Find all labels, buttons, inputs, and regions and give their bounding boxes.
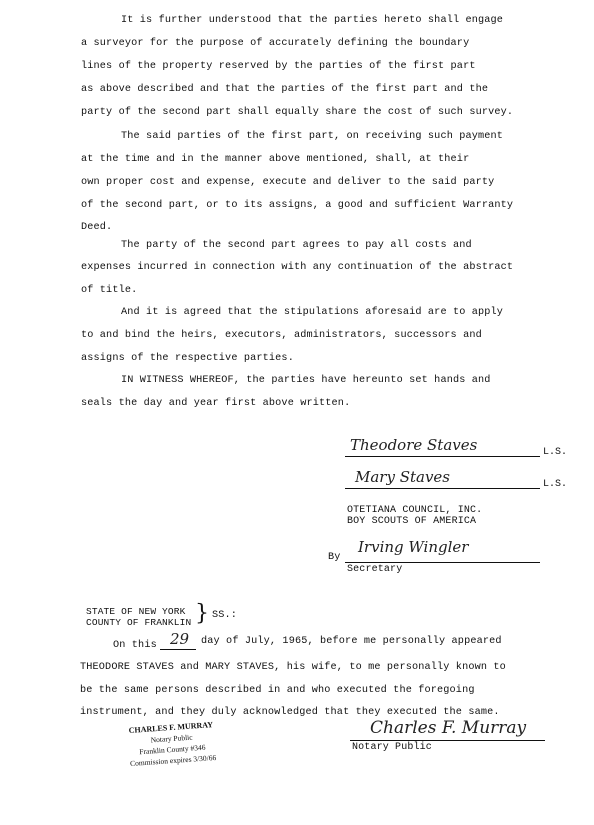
- body-line: to and bind the heirs, executors, admini…: [81, 330, 482, 341]
- ls-label: L.S.: [543, 447, 567, 458]
- body-line: IN WITNESS WHEREOF, the parties have her…: [121, 375, 491, 386]
- venue-county: COUNTY OF FRANKLIN: [86, 617, 191, 628]
- body-line: own proper cost and expense, execute and…: [81, 177, 494, 188]
- secretary-label: Secretary: [347, 564, 402, 575]
- body-line: at the time and in the manner above ment…: [81, 154, 469, 165]
- org-name-line-1: OTETIANA COUNCIL, INC.: [347, 505, 482, 516]
- signature-theodore: Theodore Staves: [350, 436, 477, 454]
- notary-signature: Charles F. Murray: [370, 718, 526, 738]
- body-line: Deed.: [81, 222, 112, 233]
- body-line: And it is agreed that the stipulations a…: [121, 307, 503, 318]
- org-name-line-2: BOY SCOUTS OF AMERICA: [347, 516, 476, 527]
- body-line: The party of the second part agrees to p…: [121, 240, 472, 251]
- day-value: 29: [170, 630, 189, 648]
- body-line: assigns of the respective parties.: [81, 353, 294, 364]
- notary-line: be the same persons described in and who…: [80, 685, 475, 696]
- by-label: By: [328, 552, 341, 563]
- signature-secretary: Irving Wingler: [358, 538, 468, 556]
- body-line: expenses incurred in connection with any…: [81, 262, 513, 273]
- notary-public-label: Notary Public: [352, 742, 432, 753]
- venue-ss: SS.:: [212, 610, 237, 621]
- body-line: It is further understood that the partie…: [121, 15, 503, 26]
- venue-state: STATE OF NEW YORK: [86, 606, 185, 617]
- body-line: The said parties of the first part, on r…: [121, 131, 503, 142]
- notary-line: instrument, and they duly acknowledged t…: [80, 707, 500, 718]
- body-line: party of the second part shall equally s…: [81, 107, 513, 118]
- ls-label: L.S.: [543, 479, 567, 490]
- notary-line: THEODORE STAVES and MARY STAVES, his wif…: [80, 662, 506, 673]
- signature-mary: Mary Staves: [355, 468, 450, 486]
- body-line: lines of the property reserved by the pa…: [81, 61, 476, 72]
- venue-brace: }: [195, 601, 209, 626]
- notary-line: day of July, 1965, before me personally …: [201, 636, 502, 647]
- body-line: as above described and that the parties …: [81, 84, 488, 95]
- notary-stamp: CHARLES F. MURRAY Notary Public Franklin…: [111, 718, 234, 770]
- notary-day-prefix: On this: [113, 640, 157, 651]
- body-line: of the second part, or to its assigns, a…: [81, 200, 513, 211]
- body-line: of title.: [81, 285, 137, 296]
- body-line: seals the day and year first above writt…: [81, 398, 350, 409]
- body-line: a surveyor for the purpose of accurately…: [81, 38, 469, 49]
